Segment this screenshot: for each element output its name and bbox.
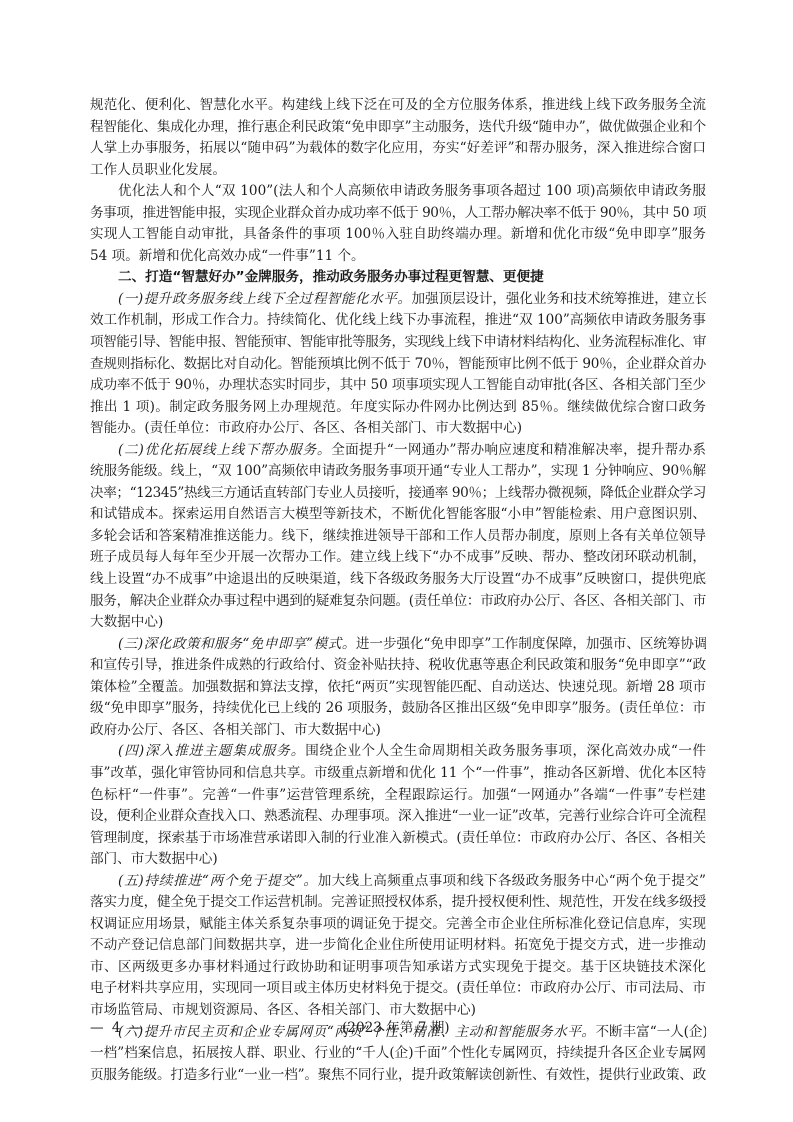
text-line: 效工作机制，形成工作合力。持续简化、优化线上线下办事流程，推进“双 100”高频… bbox=[90, 310, 706, 332]
line-text: 设，便利企业群众查找入口、熟悉流程、办理事项。深入推进“一业一证”改革，完善行业… bbox=[90, 808, 706, 824]
subsection-title: (二)优化拓展线上线下帮办服务。 bbox=[118, 442, 331, 458]
line-text: 政府办公厅、各区、各相关部门、市大数据中心) bbox=[90, 722, 381, 738]
line-text: 54 项。新增和优化高效办成“一件事”11 个。 bbox=[90, 248, 365, 264]
text-line: 服务，解决企业群众办事过程中遇到的疑难复杂问题。(责任单位：市政府办公厅、各区、… bbox=[90, 591, 706, 613]
text-line: 和宣传引导，推进条件成熟的行政给付、资金补贴扶持、税收优惠等惠企利民政策和服务“… bbox=[90, 655, 706, 677]
line-text: 工作人员职业化发展。 bbox=[90, 162, 226, 178]
text-line: 事”改革，强化审管协同和信息共享。市级重点新增和优化 11 个“一件事”，推动各… bbox=[90, 763, 706, 785]
subsection-title: (一)提升政务服务线上线下全过程智能化水平。 bbox=[118, 291, 411, 307]
text-line: 实现人工智能自动审批，具备条件的事项 100％入驻自助终端办理。新增和优化市级“… bbox=[90, 224, 706, 246]
text-line: 设，便利企业群众查找入口、熟悉流程、办理事项。深入推进“一业一证”改革，完善行业… bbox=[90, 806, 706, 828]
text-line: 市、区两级更多办事材料通过行政协助和证明事项告知承诺方式实现免于提交。基于区块链… bbox=[90, 957, 706, 979]
text-line: 权调证应用场景，赋能主体关系复杂事项的调证免于提交。完善全市企业住所标准化登记信… bbox=[90, 914, 706, 936]
text-line: 规范化、便利化、智慧化水平。构建线上线下泛在可及的全方位服务体系，推进线上线下政… bbox=[90, 95, 706, 117]
line-text: 决率；“12345”热线三方通话直转部门专业人员接听，接通率 90％；上线帮办微… bbox=[90, 485, 706, 501]
text-line: 查规则指标化、数据比对自动化。智能预填比例不低于 70％，智能预审比例不低于 9… bbox=[90, 354, 706, 376]
line-text: 部门、市大数据中心) bbox=[90, 851, 218, 867]
text-line: 政府办公厅、各区、各相关部门、市大数据中心) bbox=[90, 720, 706, 742]
text-line: 一档”档案信息，拓展按人群、职业、行业的“千人(企)千面”个性化专属网页，持续提… bbox=[90, 1043, 706, 1065]
line-text: 色标杆“一件事”。完善“一件事”运营管理系统，全程跟踪运行。加强“一网通办”各端… bbox=[90, 787, 706, 803]
text-line: 智能办。(责任单位：市政府办公厅、各区、各相关部门、市大数据中心) bbox=[90, 418, 706, 440]
line-text: 事”改革，强化审管协同和信息共享。市级重点新增和优化 11 个“一件事”，推动各… bbox=[90, 765, 706, 781]
text-line: 推出 1 项)。制定政务服务网上办理规范。年度实际办件网办比例达到 85％。继续… bbox=[90, 397, 706, 419]
subsection-paragraph-start: (一)提升政务服务线上线下全过程智能化水平。加强顶层设计，强化业务和技术统筹推进… bbox=[90, 289, 706, 311]
line-text: 策体检”全覆盖。加强数据和算法支撑，依托“两页”实现智能匹配、自动送达、快速兑现… bbox=[90, 679, 706, 695]
subsection-paragraph-start: (二)优化拓展线上线下帮办服务。全面提升“一网通办”帮办响应速度和精准解决率，提… bbox=[90, 440, 706, 462]
line-text: 围绕企业个人全生命周期相关政务服务事项，深化高效办成“一件 bbox=[305, 743, 706, 759]
text-line: 不动产登记信息部门间数据共享，进一步简化企业住所使用证明材料。拓宽免于提交方式，… bbox=[90, 935, 706, 957]
line-text: 市、区两级更多办事材料通过行政协助和证明事项告知承诺方式实现免于提交。基于区块链… bbox=[90, 959, 706, 975]
line-text: 实现人工智能自动审批，具备条件的事项 100％入驻自助终端办理。新增和优化市级“… bbox=[90, 226, 706, 242]
line-text: 管理制度，探索基于市场准营承诺即入制的行业准入新模式。(责任单位：市政府办公厅、… bbox=[90, 830, 706, 846]
text-line: 落实力度，健全免于提交工作运营机制。完善证照授权体系，提升授权便利性、规范性，开… bbox=[90, 892, 706, 914]
line-text: 页服务能级。打造多行业“一业一档”。聚焦不同行业，提升政策解读创新性、有效性，提… bbox=[90, 1067, 706, 1083]
issue-label: (2023 年第 7 期) bbox=[342, 1018, 450, 1038]
line-text: 优化法人和个人“双 100”(法人和个人高频依申请政务服务事项各超过 100 项… bbox=[118, 183, 706, 199]
text-line: 程智能化、集成化办理，推行惠企利民政策“免申即享”主动服务，迭代升级“随申办”，… bbox=[90, 117, 706, 139]
line-text: 服务，解决企业群众办事过程中遇到的疑难复杂问题。(责任单位：市政府办公厅、各区、… bbox=[90, 593, 706, 609]
line-text: 统服务能级。线上，“双 100”高频依申请政务服务事项开通“专业人工帮办”，实现… bbox=[90, 463, 706, 479]
line-text: 查规则指标化、数据比对自动化。智能预填比例不低于 70％，智能预审比例不低于 9… bbox=[90, 356, 706, 372]
text-line: 统服务能级。线上，“双 100”高频依申请政务服务事项开通“专业人工帮办”，实现… bbox=[90, 461, 706, 483]
text-line: 优化法人和个人“双 100”(法人和个人高频依申请政务服务事项各超过 100 项… bbox=[90, 181, 706, 203]
line-text: 级“免申即享”服务，持续优化已上线的 26 项服务，鼓励各区推出区级“免申即享”… bbox=[90, 700, 706, 716]
text-line: 线上设置“办不成事”中途退出的反映渠道，线下各级政务服务大厅设置“办不成事”反映… bbox=[90, 569, 706, 591]
subsection-paragraph-start: (四)深入推进主题集成服务。围绕企业个人全生命周期相关政务服务事项，深化高效办成… bbox=[90, 741, 706, 763]
text-line: 54 项。新增和优化高效办成“一件事”11 个。 bbox=[90, 246, 706, 268]
text-line: 工作人员职业化发展。 bbox=[90, 160, 706, 182]
line-text: 电子材料共享应用，实现同一项目或主体历史材料免于提交。(责任单位：市政府办公厅、… bbox=[90, 980, 706, 996]
line-text: 市场监管局、市规划资源局、各区、各相关部门、市大数据中心) bbox=[90, 1002, 476, 1018]
text-line: 成功率不低于 90％，办理状态实时同步，其中 50 项事项实现人工智能自动审批(… bbox=[90, 375, 706, 397]
text-line: 多轮会话和答案精准推送能力。线下，继续推进领导干部和工作人员帮办制度，原则上各有… bbox=[90, 526, 706, 548]
line-text: 项智能引导、智能申报、智能预审、智能审批等服务，实现线上线下申请材料结构化、业务… bbox=[90, 334, 706, 350]
line-text: 进一步强化“免申即享”工作制度保障，加强市、区统筹协调 bbox=[356, 636, 706, 652]
subsection-title: (四)深入推进主题集成服务。 bbox=[118, 743, 305, 759]
line-text: 权调证应用场景，赋能主体关系复杂事项的调证免于提交。完善全市企业住所标准化登记信… bbox=[90, 916, 706, 932]
document-body: 规范化、便利化、智慧化水平。构建线上线下泛在可及的全方位服务体系，推进线上线下政… bbox=[90, 95, 706, 1086]
line-text: 和宣传引导，推进条件成熟的行政给付、资金补贴扶持、税收优惠等惠企利民政策和服务“… bbox=[90, 657, 706, 673]
line-text: 班子成员每人每年至少开展一次帮办工作。建立线上线下“办不成事”反映、帮办、整改闭… bbox=[90, 549, 706, 565]
line-text: 全面提升“一网通办”帮办响应速度和精准解决率，提升帮办系 bbox=[331, 442, 706, 458]
line-text: 多轮会话和答案精准推送能力。线下，继续推进领导干部和工作人员帮办制度，原则上各有… bbox=[90, 528, 706, 544]
line-text: 规范化、便利化、智慧化水平。构建线上线下泛在可及的全方位服务体系，推进线上线下政… bbox=[90, 97, 706, 113]
page-number: — 4 — bbox=[90, 1018, 144, 1038]
line-text: 大数据中心) bbox=[90, 614, 163, 630]
line-text: 加大线上高频重点事项和线下各级政务服务中心“两个免于提交” bbox=[318, 873, 706, 889]
text-line: 策体检”全覆盖。加强数据和算法支撑，依托“两页”实现智能匹配、自动送达、快速兑现… bbox=[90, 677, 706, 699]
text-line: 大数据中心) bbox=[90, 612, 706, 634]
line-text: 推出 1 项)。制定政务服务网上办理规范。年度实际办件网办比例达到 85％。继续… bbox=[90, 399, 706, 415]
line-text: 效工作机制，形成工作合力。持续简化、优化线上线下办事流程，推进“双 100”高频… bbox=[90, 312, 706, 328]
text-line: 班子成员每人每年至少开展一次帮办工作。建立线上线下“办不成事”反映、帮办、整改闭… bbox=[90, 547, 706, 569]
line-text: 二、打造“智慧好办”金牌服务，推动政务服务办事过程更智慧、更便捷 bbox=[118, 269, 544, 285]
text-line: 务事项，推进智能申报，实现企业群众首办成功率不低于 90％，人工帮办解决率不低于… bbox=[90, 203, 706, 225]
subsection-paragraph-start: (三)深化政策和服务“免申即享”模式。进一步强化“免申即享”工作制度保障，加强市… bbox=[90, 634, 706, 656]
text-line: 决率；“12345”热线三方通话直转部门专业人员接听，接通率 90％；上线帮办微… bbox=[90, 483, 706, 505]
line-text: 线上设置“办不成事”中途退出的反映渠道，线下各级政务服务大厅设置“办不成事”反映… bbox=[90, 571, 706, 587]
text-line: 管理制度，探索基于市场准营承诺即入制的行业准入新模式。(责任单位：市政府办公厅、… bbox=[90, 828, 706, 850]
line-text: 落实力度，健全免于提交工作运营机制。完善证照授权体系，提升授权便利性、规范性，开… bbox=[90, 894, 706, 910]
section-heading: 二、打造“智慧好办”金牌服务，推动政务服务办事过程更智慧、更便捷 bbox=[90, 267, 706, 289]
text-line: 级“免申即享”服务，持续优化已上线的 26 项服务，鼓励各区推出区级“免申即享”… bbox=[90, 698, 706, 720]
page-footer: — 4 — (2023 年第 7 期) bbox=[90, 1018, 706, 1038]
text-line: 色标杆“一件事”。完善“一件事”运营管理系统，全程跟踪运行。加强“一网通办”各端… bbox=[90, 785, 706, 807]
text-line: 人掌上办事服务，拓展以“随申码”为载体的数字化应用，夯实“好差评”和帮办服务，深… bbox=[90, 138, 706, 160]
line-text: 智能办。(责任单位：市政府办公厅、各区、各相关部门、市大数据中心) bbox=[90, 420, 522, 436]
subsection-paragraph-start: (五)持续推进“两个免于提交”。加大线上高频重点事项和线下各级政务服务中心“两个… bbox=[90, 871, 706, 893]
subsection-title: (三)深化政策和服务“免申即享”模式。 bbox=[118, 636, 356, 652]
line-text: 成功率不低于 90％，办理状态实时同步，其中 50 项事项实现人工智能自动审批(… bbox=[90, 377, 706, 393]
line-text: 不动产登记信息部门间数据共享，进一步简化企业住所使用证明材料。拓宽免于提交方式，… bbox=[90, 937, 706, 953]
line-text: 人掌上办事服务，拓展以“随申码”为载体的数字化应用，夯实“好差评”和帮办服务，深… bbox=[90, 140, 706, 156]
text-line: 和试错成本。探索运用自然语言大模型等新技术，不断优化智能客服“小申”智能检索、用… bbox=[90, 504, 706, 526]
text-line: 部门、市大数据中心) bbox=[90, 849, 706, 871]
subsection-title: (五)持续推进“两个免于提交”。 bbox=[118, 873, 318, 889]
line-text: 程智能化、集成化办理，推行惠企利民政策“免申即享”主动服务，迭代升级“随申办”，… bbox=[90, 119, 706, 135]
line-text: 加强顶层设计，强化业务和技术统筹推进，建立长 bbox=[411, 291, 706, 307]
line-text: 一档”档案信息，拓展按人群、职业、行业的“千人(企)千面”个性化专属网页，持续提… bbox=[90, 1045, 706, 1061]
text-line: 页服务能级。打造多行业“一业一档”。聚焦不同行业，提升政策解读创新性、有效性，提… bbox=[90, 1065, 706, 1087]
line-text: 务事项，推进智能申报，实现企业群众首办成功率不低于 90％，人工帮办解决率不低于… bbox=[90, 205, 706, 221]
text-line: 电子材料共享应用，实现同一项目或主体历史材料免于提交。(责任单位：市政府办公厅、… bbox=[90, 978, 706, 1000]
line-text: 和试错成本。探索运用自然语言大模型等新技术，不断优化智能客服“小申”智能检索、用… bbox=[90, 506, 706, 522]
text-line: 项智能引导、智能申报、智能预审、智能审批等服务，实现线上线下申请材料结构化、业务… bbox=[90, 332, 706, 354]
